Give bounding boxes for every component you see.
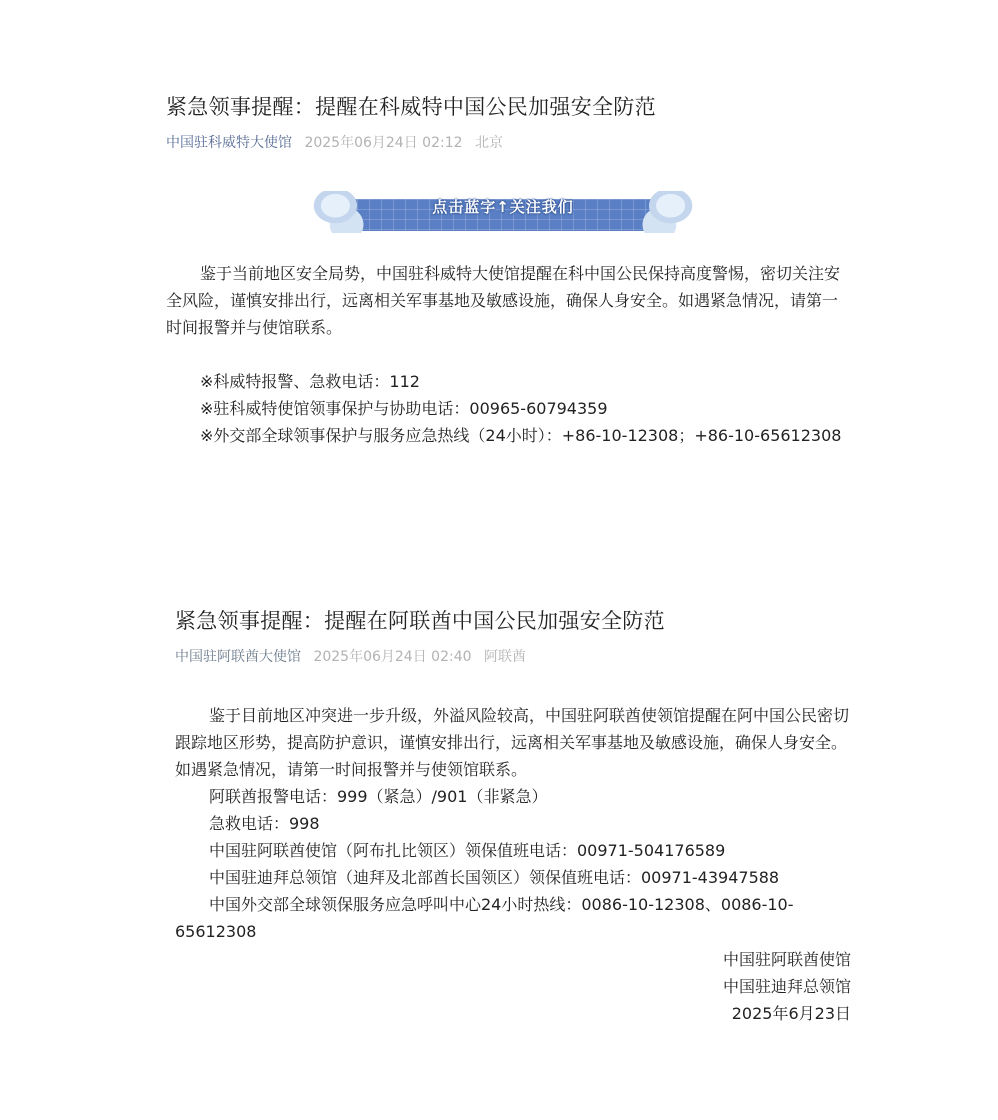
article-paragraph: 鉴于当前地区安全局势，中国驻科威特大使馆提醒在科中国公民保持高度警惕，密切关注安… (166, 260, 846, 341)
contact-line: 急救电话：998 (175, 810, 855, 837)
contact-line: 中国外交部全球领保服务应急呼叫中心24小时热线：0086-10-12308、00… (175, 891, 855, 945)
contact-line: 中国驻迪拜总领馆（迪拜及北部酋长国领区）领保值班电话：00971-4394758… (175, 864, 855, 891)
publish-date: 2025年06月24日 02:40 (313, 649, 471, 665)
contact-line: 阿联酋报警电话：999（紧急）/901（非紧急） (175, 783, 855, 810)
article-title: 紧急领事提醒：提醒在科威特中国公民加强安全防范 (166, 90, 846, 124)
banner-label: 点击蓝字↑关注我们 (313, 196, 693, 218)
author-link[interactable]: 中国驻阿联酋大使馆 (175, 649, 301, 665)
article-meta: 中国驻科威特大使馆 2025年06月24日 02:12 北京 (166, 132, 846, 154)
signature-date: 2025年6月23日 (175, 1000, 851, 1027)
contact-line: ※外交部全球领事保护与服务应急热线（24小时）：+86-10-12308；+86… (166, 422, 846, 449)
contact-line: 中国驻阿联酋使馆（阿布扎比领区）领保值班电话：00971-504176589 (175, 837, 855, 864)
publish-location: 北京 (475, 135, 503, 151)
signature-embassy: 中国驻阿联酋使馆 (175, 946, 851, 973)
article-paragraph: 鉴于目前地区冲突进一步升级，外溢风险较高，中国驻阿联酋使领馆提醒在阿中国公民密切… (175, 702, 855, 783)
article-title: 紧急领事提醒：提醒在阿联酋中国公民加强安全防范 (175, 604, 855, 638)
article-meta: 中国驻阿联酋大使馆 2025年06月24日 02:40 阿联酋 (175, 646, 855, 668)
contact-line: ※科威特报警、急救电话：112 (166, 368, 846, 395)
article-uae: 紧急领事提醒：提醒在阿联酋中国公民加强安全防范 中国驻阿联酋大使馆 2025年0… (175, 604, 855, 668)
publish-date: 2025年06月24日 02:12 (304, 135, 462, 151)
author-link[interactable]: 中国驻科威特大使馆 (166, 135, 292, 151)
follow-us-banner[interactable]: 点击蓝字↑关注我们 (313, 191, 693, 233)
contact-list: ※科威特报警、急救电话：112 ※驻科威特使馆领事保护与协助电话：00965-6… (166, 368, 846, 449)
article-kuwait: 紧急领事提醒：提醒在科威特中国公民加强安全防范 中国驻科威特大使馆 2025年0… (166, 90, 846, 154)
contact-line: ※驻科威特使馆领事保护与协助电话：00965-60794359 (166, 395, 846, 422)
contact-list: 阿联酋报警电话：999（紧急）/901（非紧急） 急救电话：998 中国驻阿联酋… (175, 783, 855, 945)
signature-block: 中国驻阿联酋使馆 中国驻迪拜总领馆 2025年6月23日 (175, 946, 851, 1027)
publish-location: 阿联酋 (484, 649, 526, 665)
signature-consulate: 中国驻迪拜总领馆 (175, 973, 851, 1000)
